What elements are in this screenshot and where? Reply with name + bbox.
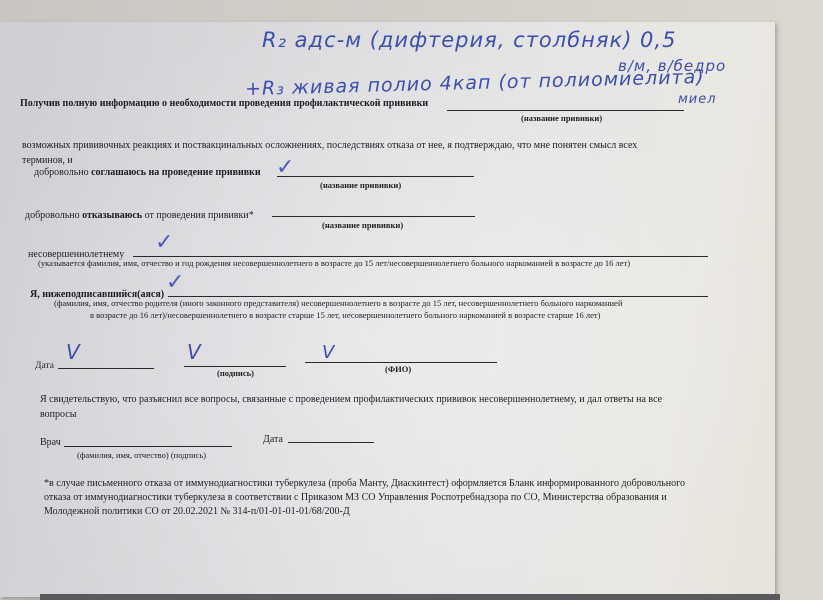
vaccine-name-field-1[interactable] [447,110,684,111]
signer-caption-1: (фамилия, имя, отчество родителя (иного … [54,298,622,308]
reactions-text: возможных прививочных реакциях и поствак… [22,140,637,151]
agree-vaccine-field[interactable] [277,176,474,177]
doctor-label: Врач [40,437,61,448]
vaccine-name-caption-1: (название прививки) [521,113,602,123]
signer-caption-2: в возрасте до 16 лет)/несовершеннолетнег… [90,310,600,320]
signature-field[interactable] [184,366,286,367]
vaccine-name-caption-2: (название прививки) [320,180,401,190]
vaccine-name-caption-3: (название прививки) [322,220,403,230]
fio-field[interactable] [305,362,497,363]
signer-name-field[interactable] [168,296,708,297]
footnote-line-3: Молодежной политики СО от 20.02.2021 № 3… [44,506,350,517]
footnote-line-2: отказа от иммунодиагностики туберкулеза … [44,492,667,503]
footnote-line-1: *в случае письменного отказа от иммуноди… [44,478,685,489]
terms-text: терминов, и [22,155,73,166]
check-mark-signature: V [187,340,202,364]
check-mark-minor: ✓ [155,232,173,254]
background-edge [40,594,780,600]
fio-caption: (ФИО) [385,364,411,374]
date-field[interactable] [58,368,154,369]
check-mark-fio: V [322,342,335,363]
agree-text: добровольно соглашаюсь на проведение при… [34,167,261,178]
minor-name-field[interactable] [133,256,708,257]
minor-caption: (указывается фамилия, имя, отчество и го… [38,258,630,268]
witness-text-2: вопросы [40,409,76,420]
doctor-date-label: Дата [263,434,283,445]
refuse-text: добровольно отказываюсь от проведения пр… [25,210,254,221]
doctor-date-field[interactable] [288,442,374,443]
doctor-name-field[interactable] [64,446,232,447]
date-label: Дата [35,361,54,371]
doctor-caption: (фамилия, имя, отчество) (подпись) [77,450,206,460]
handwritten-vaccine-line-1: R₂ адс-м (дифтерия, столбняк) 0,5 [262,28,676,52]
check-mark-signer: ✓ [166,272,184,294]
refuse-vaccine-field[interactable] [272,216,475,217]
check-mark-date: V [66,340,81,364]
handwritten-vaccine-line-2b: миел [678,92,717,107]
witness-text-1: Я свидетельствую, что разъяснил все вопр… [40,394,662,405]
signature-caption: (подпись) [217,368,254,378]
intro-text: Получив полную информацию о необходимост… [20,98,428,109]
